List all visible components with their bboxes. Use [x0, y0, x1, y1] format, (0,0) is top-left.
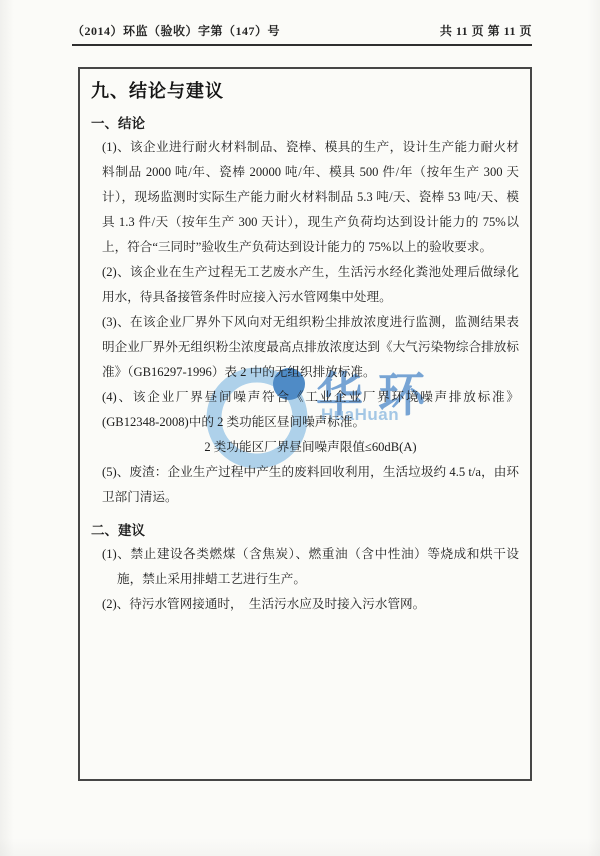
section-title: 九、结论与建议 — [91, 77, 519, 103]
page-header: （2014）环监（验收）字第（147）号 共 11 页 第 11 页 — [72, 22, 532, 46]
suggestion-item-2: (2)、待污水管网接通时， 生活污水应及时接入污水管网。 — [102, 592, 519, 617]
suggestion-items: (1)、禁止建设各类燃煤（含焦炭）、燃重油（含中性油）等烧成和烘干设施，禁止采用… — [102, 542, 519, 617]
conclusion-item-1: (1)、该企业进行耐火材料制品、瓷棒、模具的生产，设计生产能力耐火材料制品 20… — [102, 135, 519, 260]
conclusion-heading: 一、结论 — [91, 112, 519, 132]
noise-limit-line: 2 类功能区厂界昼间噪声限值≤60dB(A) — [102, 435, 519, 460]
content-box: 九、结论与建议 一、结论 (1)、该企业进行耐火材料制品、瓷棒、模具的生产，设计… — [78, 67, 532, 781]
suggestion-item-1: (1)、禁止建设各类燃煤（含焦炭）、燃重油（含中性油）等烧成和烘干设施，禁止采用… — [102, 542, 519, 592]
conclusion-item-5: (5)、废渣：企业生产过程中产生的废料回收利用，生活垃圾约 4.5 t/a，由环… — [102, 460, 519, 510]
conclusion-items: (1)、该企业进行耐火材料制品、瓷棒、模具的生产，设计生产能力耐火材料制品 20… — [102, 135, 519, 510]
conclusion-item-4-line-1: (4)、该企业厂界昼间噪声符合《工业企业厂界环境噪声排放标准》 — [102, 385, 519, 410]
conclusion-item-4-line-2: (GB12348-2008)中的 2 类功能区昼间噪声标准。 — [102, 415, 365, 429]
conclusion-item-3: (3)、在该企业厂界外下风向对无组织粉尘排放浓度进行监测，监测结果表明企业厂界外… — [102, 310, 519, 385]
doc-number: （2014）环监（验收）字第（147）号 — [72, 22, 280, 39]
page-number: 共 11 页 第 11 页 — [440, 22, 532, 39]
conclusion-item-2: (2)、该企业在生产过程无工艺废水产生，生活污水经化粪池处理后做绿化用水，待具备… — [102, 260, 519, 310]
conclusion-item-4: (4)、该企业厂界昼间噪声符合《工业企业厂界环境噪声排放标准》(GB12348-… — [102, 385, 519, 435]
suggestions-heading: 二、建议 — [91, 519, 519, 539]
